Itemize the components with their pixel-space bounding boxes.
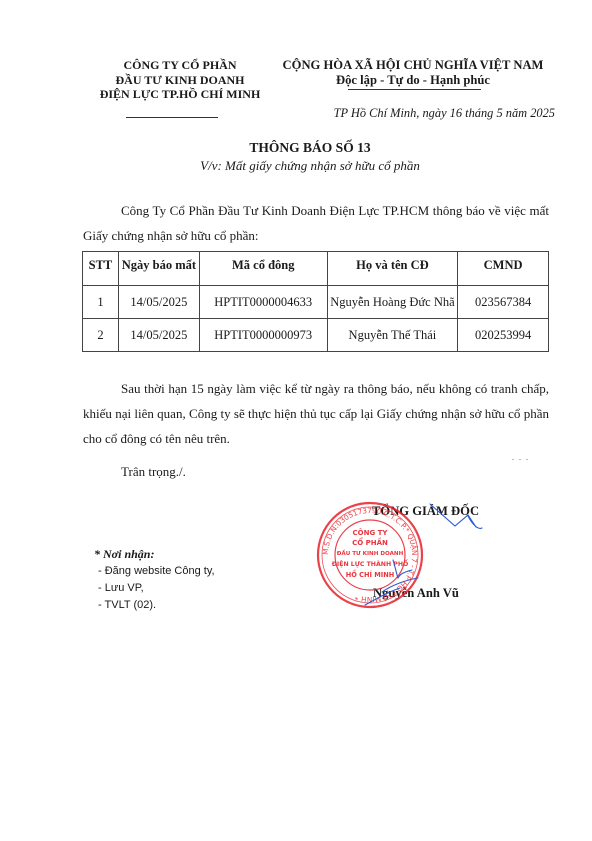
recipients-heading: * Nơi nhận: xyxy=(94,546,215,563)
col-shareholder-code: Mã cổ đông xyxy=(199,252,327,286)
motto: Độc lập - Tự do - Hạnh phúc xyxy=(268,73,558,88)
cell-report-date: 14/05/2025 xyxy=(118,319,199,352)
company-underline xyxy=(126,117,218,118)
company-line-1: CÔNG TY CỔ PHẦN xyxy=(80,58,280,73)
intro-text: Công Ty Cổ Phần Đầu Tư Kinh Doanh Điện L… xyxy=(83,203,549,243)
cell-id-number: 020253994 xyxy=(458,319,549,352)
closing-text: Trân trọng./. xyxy=(121,464,186,479)
cell-report-date: 14/05/2025 xyxy=(118,286,199,319)
recipient-item: - TVLT (02). xyxy=(94,597,215,614)
recipient-item: - Đăng website Công ty, xyxy=(94,563,215,580)
nation-line: CỘNG HÒA XÃ HỘI CHỦ NGHĨA VIỆT NAM xyxy=(268,58,558,73)
document-title: THÔNG BÁO SỐ 13 xyxy=(150,140,470,156)
nation-header: CỘNG HÒA XÃ HỘI CHỦ NGHĨA VIỆT NAM Độc l… xyxy=(268,58,558,87)
col-id-number: CMND xyxy=(458,252,549,286)
body-text: Sau thời hạn 15 ngày làm việc kể từ ngày… xyxy=(83,381,549,446)
document-subject: V/v: Mất giấy chứng nhận sở hữu cổ phần xyxy=(150,158,470,174)
col-shareholder-name: Họ và tên CĐ xyxy=(327,252,458,286)
lost-certificates-table: STT Ngày báo mất Mã cổ đông Họ và tên CĐ… xyxy=(82,251,549,352)
dateline: TP Hồ Chí Minh, ngày 16 tháng 5 năm 2025 xyxy=(300,106,555,121)
signature-scribble-icon xyxy=(360,500,560,610)
company-line-3: ĐIỆN LỰC TP.HỒ CHÍ MINH xyxy=(80,87,280,102)
col-stt: STT xyxy=(83,252,119,286)
body-paragraph: Sau thời hạn 15 ngày làm việc kể từ ngày… xyxy=(83,376,549,451)
cell-shareholder-code: HPTIT0000004633 xyxy=(199,286,327,319)
cell-shareholder-code: HPTIT0000000973 xyxy=(199,319,327,352)
table-row: 1 14/05/2025 HPTIT0000004633 Nguyễn Hoàn… xyxy=(83,286,549,319)
col-report-date: Ngày báo mất xyxy=(118,252,199,286)
cell-shareholder-name: Nguyễn Hoàng Đức Nhã xyxy=(327,286,458,319)
company-line-2: ĐẦU TƯ KINH DOANH xyxy=(80,73,280,88)
recipients-block: * Nơi nhận: - Đăng website Công ty, - Lư… xyxy=(94,546,215,614)
closing-paragraph: Trân trọng./. xyxy=(83,459,549,484)
cell-shareholder-name: Nguyễn Thế Thái xyxy=(327,319,458,352)
table-row: 2 14/05/2025 HPTIT0000000973 Nguyễn Thế … xyxy=(83,319,549,352)
cell-stt: 1 xyxy=(83,286,119,319)
motto-underline xyxy=(348,89,481,90)
company-header: CÔNG TY CỔ PHẦN ĐẦU TƯ KINH DOANH ĐIỆN L… xyxy=(80,58,280,102)
recipient-item: - Lưu VP, xyxy=(94,580,215,597)
cell-id-number: 023567384 xyxy=(458,286,549,319)
table-header-row: STT Ngày báo mất Mã cổ đông Họ và tên CĐ… xyxy=(83,252,549,286)
cell-stt: 2 xyxy=(83,319,119,352)
intro-paragraph: Công Ty Cổ Phần Đầu Tư Kinh Doanh Điện L… xyxy=(83,198,549,248)
